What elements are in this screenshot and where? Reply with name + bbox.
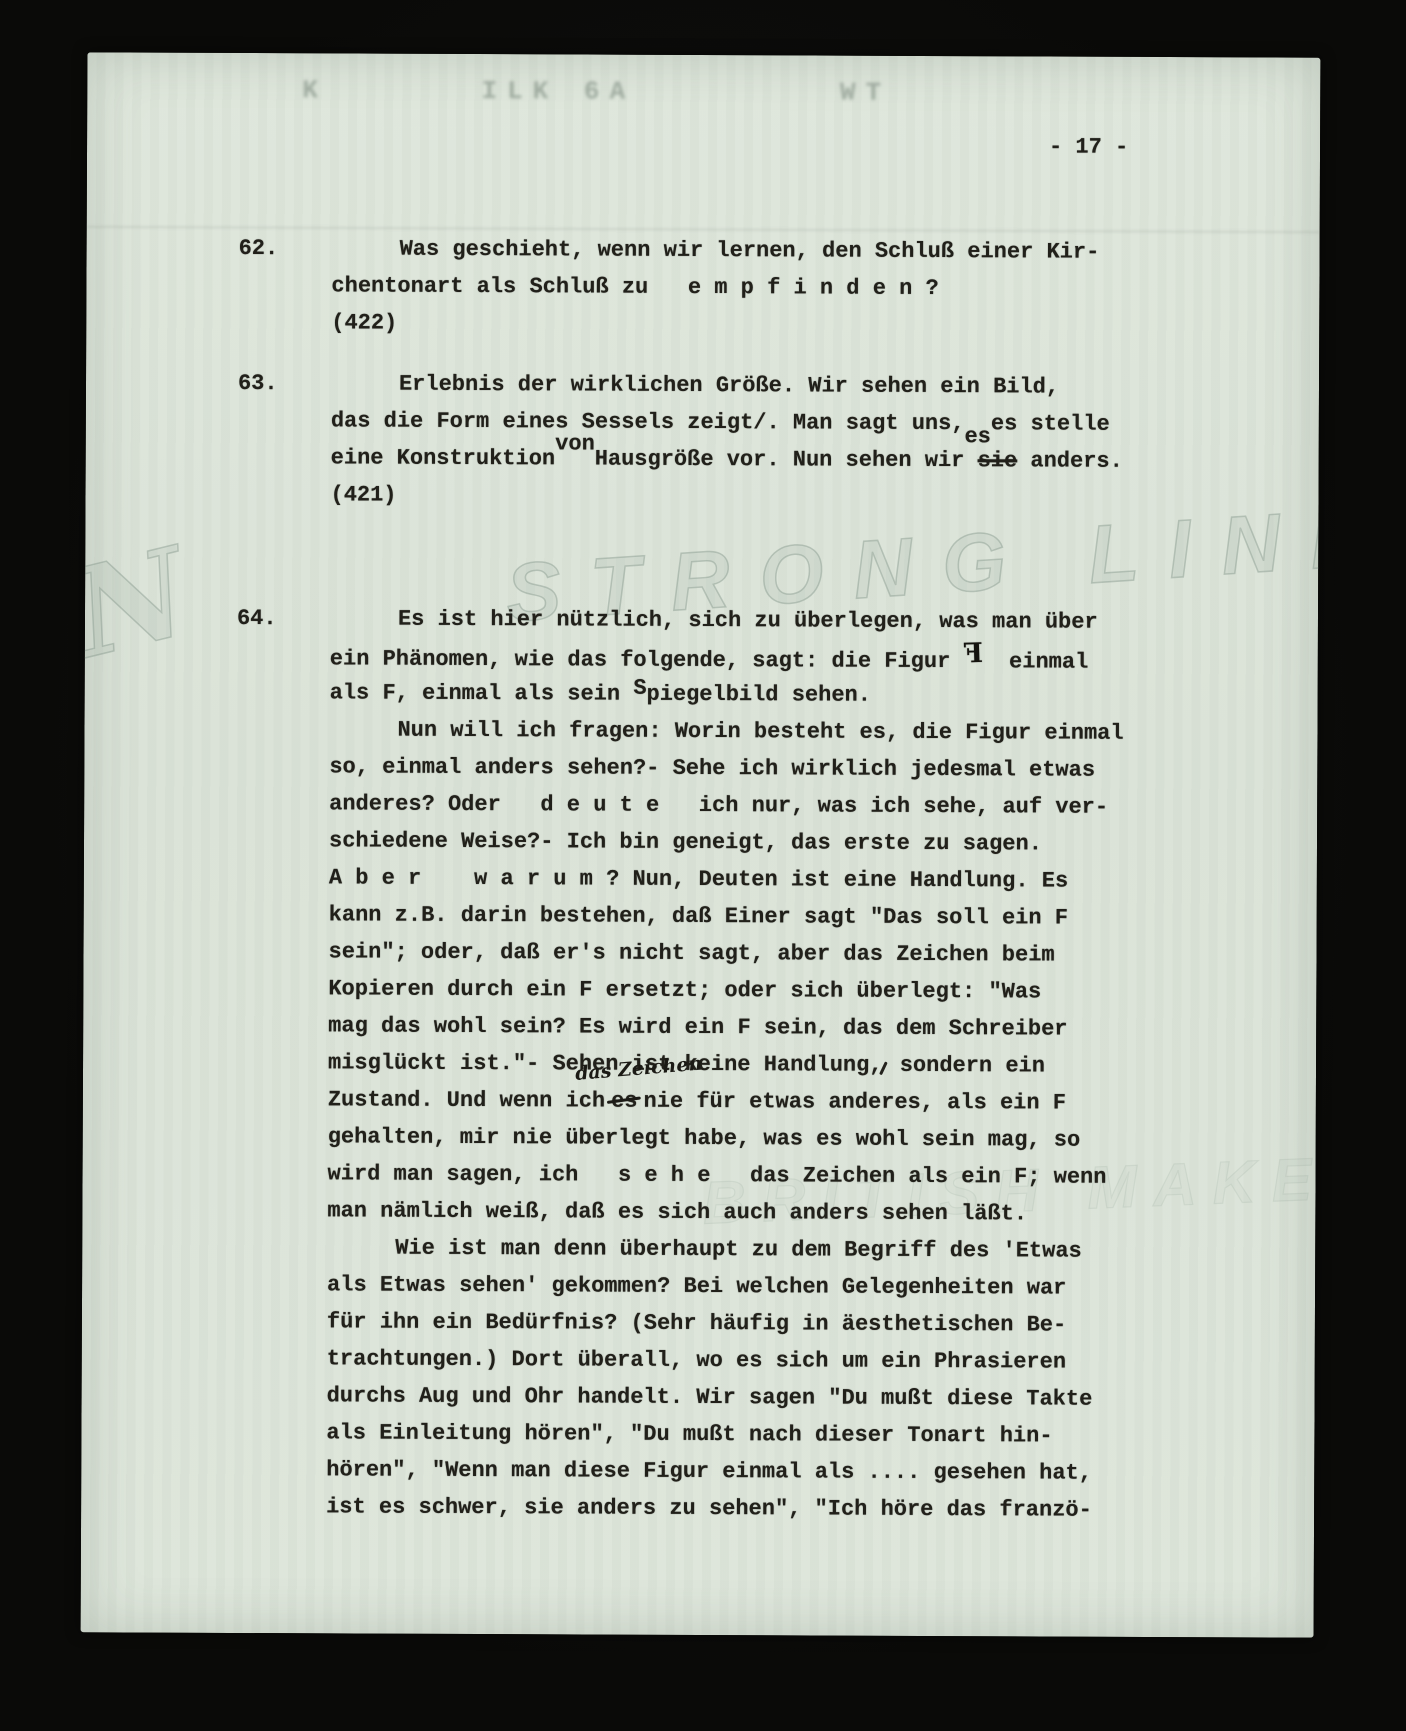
section-62: 62. Was geschieht, wenn wir lernen, den … [238, 230, 1278, 346]
text-line: chentonart als Schluß zu e m p f i n d e… [331, 267, 1278, 308]
watermark-script-n: N [81, 519, 203, 685]
remark-reference: (421) [330, 476, 1277, 517]
text-line: ist es schwer, sie anders zu sehen", "Ic… [326, 1488, 1273, 1529]
text-line: kann z.B. darin bestehen, daß Einer sagt… [329, 896, 1276, 937]
section-64: 64. Es ist hier nützlich, sich zu überle… [233, 600, 1277, 1530]
text-segment: nie für etwas anderes, als ein F [643, 1089, 1066, 1116]
mirrored-f-figure: F [963, 635, 983, 673]
text-line: als Etwas sehen' gekommen? Bei welchen G… [327, 1266, 1274, 1307]
text-segment: eine Konstruktion [331, 445, 556, 471]
text-segment: ein Phänomen, wie das folgende, sagt: di… [330, 646, 964, 674]
typed-insertion-below: es [964, 424, 991, 449]
struck-word: es [611, 1083, 638, 1120]
text-line: anderes? Oder d e u t e ich nur, was ich… [329, 785, 1276, 826]
typescript-page: K ILK 6A WT STRONG LINE N BRITISH MAKE -… [81, 52, 1321, 1637]
section-number: 64. [237, 600, 277, 637]
section-63: 63. Erlebnis der wirklichen Größe. Wir s… [237, 365, 1278, 518]
text-segment: anders. [1017, 448, 1123, 473]
ghost-offset-text: K ILK 6A WT [302, 75, 891, 108]
text-segment: als F, einmal als sein [330, 680, 634, 706]
section-number: 62. [239, 230, 279, 267]
scan-background: { "colors": { "paper": "#dce4d9", "ink":… [0, 0, 1406, 1731]
text-line: gehalten, mir nie überlegt habe, was es … [328, 1118, 1275, 1159]
text-line: Wie ist man denn überhaupt zu dem Begrif… [327, 1229, 1274, 1270]
text-line: hören", "Wenn man diese Figur einmal als… [326, 1451, 1273, 1492]
text-segment: einmal [983, 649, 1089, 674]
text-line: ein Phänomen, wie das folgende, sagt: di… [330, 637, 1277, 678]
text-line: Kopieren durch ein F ersetzt; oder sich … [328, 970, 1275, 1011]
text-line: das die Form eines Sessels zeigt/. Man s… [331, 402, 1278, 443]
text-line: so, einmal anders sehen?- Sehe ich wirkl… [329, 748, 1276, 789]
text-segment: das die Form eines Sessels zeigt/. Man s… [331, 408, 965, 436]
text-line: misglückt ist."- Sehen ist keine Handlun… [328, 1044, 1275, 1085]
text-segment: Hausgröße vor. Nun sehen wir [595, 447, 978, 474]
text-line: Nun will ich fragen: Worin besteht es, d… [329, 711, 1276, 752]
typed-insertion-above: von [555, 431, 595, 456]
text-segment: Zustand. Und wenn ich [328, 1087, 605, 1113]
text-segment: sondern ein [886, 1053, 1045, 1079]
text-line: eine KonstruktionvonHausgröße vor. Nun s… [331, 439, 1278, 480]
page-number: - 17 - [1049, 129, 1128, 166]
raised-letter: S [633, 676, 646, 701]
text-line: man nämlich weiß, daß es sich auch ander… [327, 1192, 1274, 1233]
text-line: als F, einmal als sein Spiegelbild sehen… [330, 674, 1277, 715]
text-line: wird man sagen, ich s e h e das Zeichen … [327, 1155, 1274, 1196]
correction-site: das Zeichenes [605, 1083, 644, 1120]
section-number: 63. [238, 365, 278, 402]
text-line: für ihn ein Bedürfnis? (Sehr häufig in ä… [327, 1303, 1274, 1344]
text-line: mag das wohl sein? Es wird ein F sein, d… [328, 1007, 1275, 1048]
text-line: schiedene Weise?- Ich bin geneigt, das e… [329, 822, 1276, 863]
text-line: durchs Aug und Ohr handelt. Wir sagen "D… [327, 1377, 1274, 1418]
text-line: Was geschieht, wenn wir lernen, den Schl… [332, 230, 1279, 271]
text-line: Erlebnis der wirklichen Größe. Wir sehen… [331, 365, 1278, 406]
text-line: als Einleitung hören", "Du mußt nach die… [326, 1414, 1273, 1455]
text-line: Zustand. Und wenn ichdas Zeichenesnie fü… [328, 1081, 1275, 1122]
text-segment: es stelle [991, 411, 1110, 437]
text-line: A b e r w a r u m ? Nun, Deuten ist eine… [329, 859, 1276, 900]
remark-reference: (422) [331, 304, 1278, 345]
text-line: Es ist hier nützlich, sich zu überlegen,… [330, 600, 1277, 641]
text-line: sein"; oder, daß er's nicht sagt, aber d… [328, 933, 1275, 974]
text-segment: piegelbild sehen. [646, 682, 871, 708]
struck-word: sie [978, 448, 1018, 473]
text-line: trachtungen.) Dort überall, wo es sich u… [327, 1340, 1274, 1381]
